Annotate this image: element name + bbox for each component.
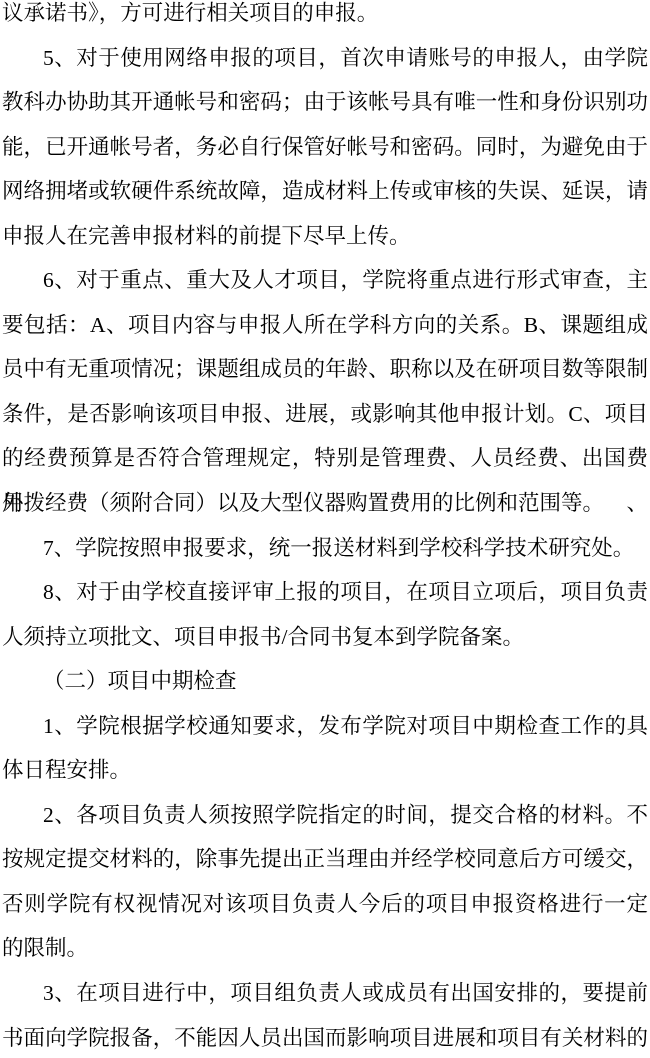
text-line: 书面向学院报备，不能因人员出国而影响项目进展和项目有关材料的 — [2, 1016, 648, 1058]
document-page: 议承诺书》，方可进行相关项目的申报。 5、对于使用网络申报的项目，首次申请账号的… — [0, 0, 650, 1049]
text-line: 1、学院根据学校通知要求，发布学院对项目中期检查工作的具 — [2, 704, 648, 749]
text-line: 外拨经费（须附合同）以及大型仪器购置费用的比例和范围等。 — [2, 481, 648, 526]
text-line: 2、各项目负责人须按照学院指定的时间，提交合格的材料。不 — [2, 793, 648, 838]
text-line: 的限制。 — [2, 926, 648, 971]
text-line: 申报人在完善申报材料的前提下尽早上传。 — [2, 214, 648, 259]
text-line: 议承诺书》，方可进行相关项目的申报。 — [2, 0, 648, 36]
text-line: 人须持立项批文、项目申报书/合同书复本到学院备案。 — [2, 615, 648, 660]
text-line: 体日程安排。 — [2, 748, 648, 793]
text-line: 6、对于重点、重大及人才项目，学院将重点进行形式审查，主 — [2, 258, 648, 303]
text-line: 条件，是否影响该项目申报、进展，或影响其他申报计划。C、项目 — [2, 392, 648, 437]
text-line: 按规定提交材料的，除事先提出正当理由并经学校同意后方可缓交， — [2, 837, 648, 882]
text-line: 5、对于使用网络申报的项目，首次申请账号的申报人，由学院 — [2, 36, 648, 81]
text-line: （二）项目中期检查 — [2, 659, 648, 704]
text-line: 要包括：A、项目内容与申报人所在学科方向的关系。B、课题组成 — [2, 303, 648, 348]
text-line: 教科办协助其开通帐号和密码；由于该帐号具有唯一性和身份识别功 — [2, 80, 648, 125]
text-line: 能，已开通帐号者，务必自行保管好帐号和密码。同时，为避免由于 — [2, 125, 648, 170]
document-body-text: 议承诺书》，方可进行相关项目的申报。 5、对于使用网络申报的项目，首次申请账号的… — [2, 0, 648, 1058]
text-line: 3、在项目进行中，项目组负责人或成员有出国安排的，要提前 — [2, 971, 648, 1016]
text-line: 员中有无重项情况；课题组成员的年龄、职称以及在研项目数等限制 — [2, 347, 648, 392]
text-line: 网络拥堵或软硬件系统故障，造成材料上传或审核的失误、延误，请 — [2, 169, 648, 214]
text-line: 否则学院有权视情况对该项目负责人今后的项目申报资格进行一定 — [2, 882, 648, 927]
text-line: 的经费预算是否符合管理规定，特别是管理费、人员经费、出国费用、 — [2, 436, 648, 481]
text-line: 8、对于由学校直接评审上报的项目，在项目立项后，项目负责 — [2, 570, 648, 615]
text-line: 7、学院按照申报要求，统一报送材料到学校科学技术研究处。 — [2, 526, 648, 571]
